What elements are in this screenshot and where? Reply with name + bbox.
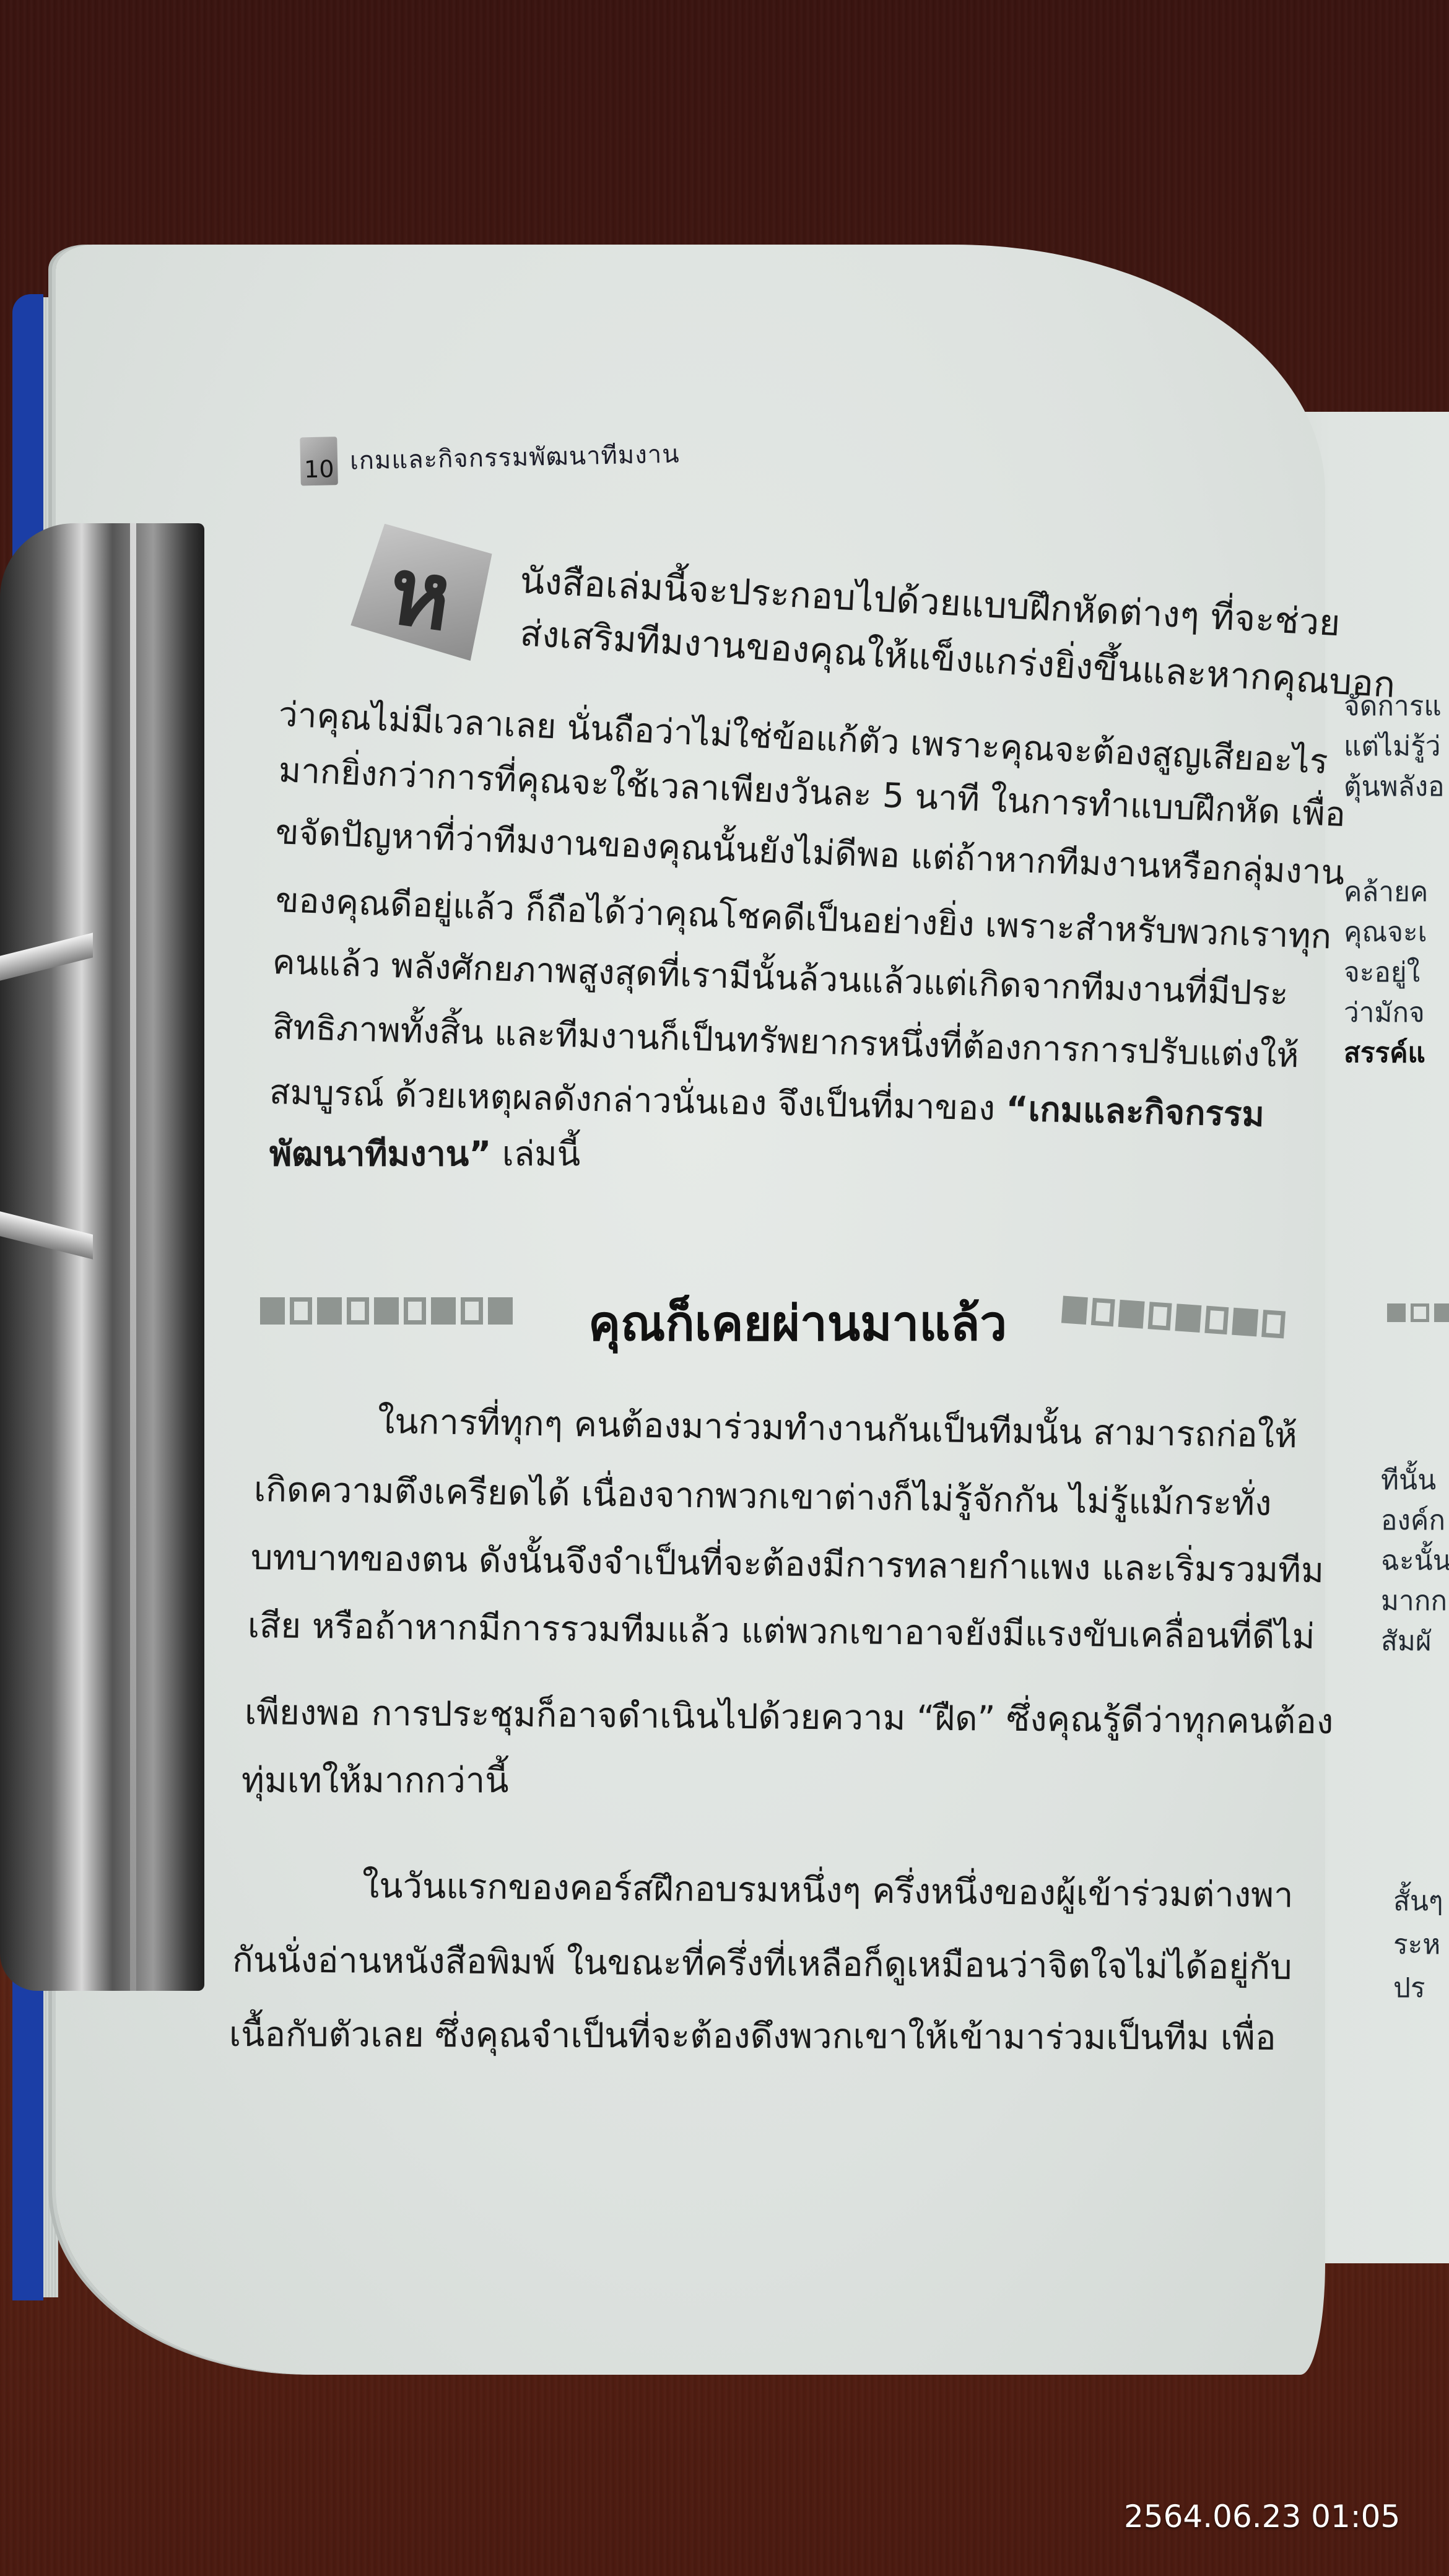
body-line: ในวันแรกของคอร์สฝึกอบรมหนึ่งๆ ครึ่งหนึ่ง… (362, 1858, 1294, 1923)
right-page-text: ตุ้นพลังอ (1344, 765, 1445, 808)
body-line: เนื้อกับตัวเลย ซึ่งคุณจำเป็นที่จะต้องดึง… (229, 2006, 1276, 2065)
right-page-text: สัมผั (1381, 1619, 1432, 1663)
right-page-text: ระห (1393, 1923, 1440, 1966)
intro-text: เล่มนี้ (491, 1134, 580, 1173)
heading-decoration-left (260, 1297, 513, 1325)
section-title: คุณก็เคยผ่านมาแล้ว (588, 1285, 1007, 1362)
clip-ridge (130, 523, 136, 1991)
right-page-text: มากก (1381, 1579, 1447, 1622)
intro-text: สมบูรณ์ ด้วยเหตุผลดังกล่าวนั่นเอง จึงเป็… (269, 1072, 995, 1128)
running-header: 10 เกมและกิจกรรมพัฒนาทีมงาน (300, 430, 680, 486)
right-page-text: ทีนั้น (1381, 1458, 1436, 1502)
body-line: เพียงพอ การประชุมก็อาจดำเนินไปด้วยความ “… (245, 1684, 1334, 1749)
clip-wire-handle (0, 933, 93, 980)
right-page-text: องค์ก (1381, 1499, 1445, 1542)
right-page-text: สั้นๆ (1393, 1879, 1443, 1923)
metal-binder-clip (0, 523, 204, 1991)
section-heading: คุณก็เคยผ่านมาแล้ว (260, 1285, 1282, 1353)
right-page-text: คุณจะเ (1344, 910, 1427, 954)
drop-cap-block: ห (348, 521, 494, 661)
intro-line: พัฒนาทีมงาน” เล่มนี้ (269, 1127, 580, 1181)
page-number-calendar-icon: 10 (300, 437, 338, 485)
book-title-quote: “เกมและกิจกรรม (1006, 1089, 1265, 1134)
body-line: เสีย หรือถ้าหากมีการรวมทีมแล้ว แต่พวกเขา… (248, 1598, 1315, 1664)
body-line: ทุ่มเทให้มากกว่านี้ (241, 1752, 508, 1808)
camera-timestamp: 2564.06.23 01:05 (1124, 2499, 1400, 2535)
book-title-quote: พัฒนาทีมงาน” (269, 1134, 491, 1173)
right-page-text: คล้ายค (1344, 870, 1428, 913)
heading-decoration-right (1061, 1295, 1286, 1338)
right-page-text: ฉะนั้น (1381, 1539, 1449, 1582)
right-page-text: ปร (1393, 1966, 1425, 2009)
clip-wire-handle (0, 1211, 93, 1259)
drop-cap-letter: ห (383, 544, 457, 645)
right-page-section-decoration (1387, 1303, 1449, 1322)
right-page-text: แต่ไม่รู้ว่ (1344, 724, 1440, 768)
right-page-text-bold: สรรค์แ (1344, 1031, 1425, 1074)
right-page-text: ว่ามักจ (1344, 991, 1425, 1034)
right-page-text: จะอยู่ใ (1344, 951, 1420, 994)
running-title: เกมและกิจกรรมพัฒนาทีมงาน (349, 434, 680, 481)
body-line: กันนั่งอ่านหนังสือพิมพ์ ในขณะที่ครึ่งที่… (232, 1932, 1292, 1995)
